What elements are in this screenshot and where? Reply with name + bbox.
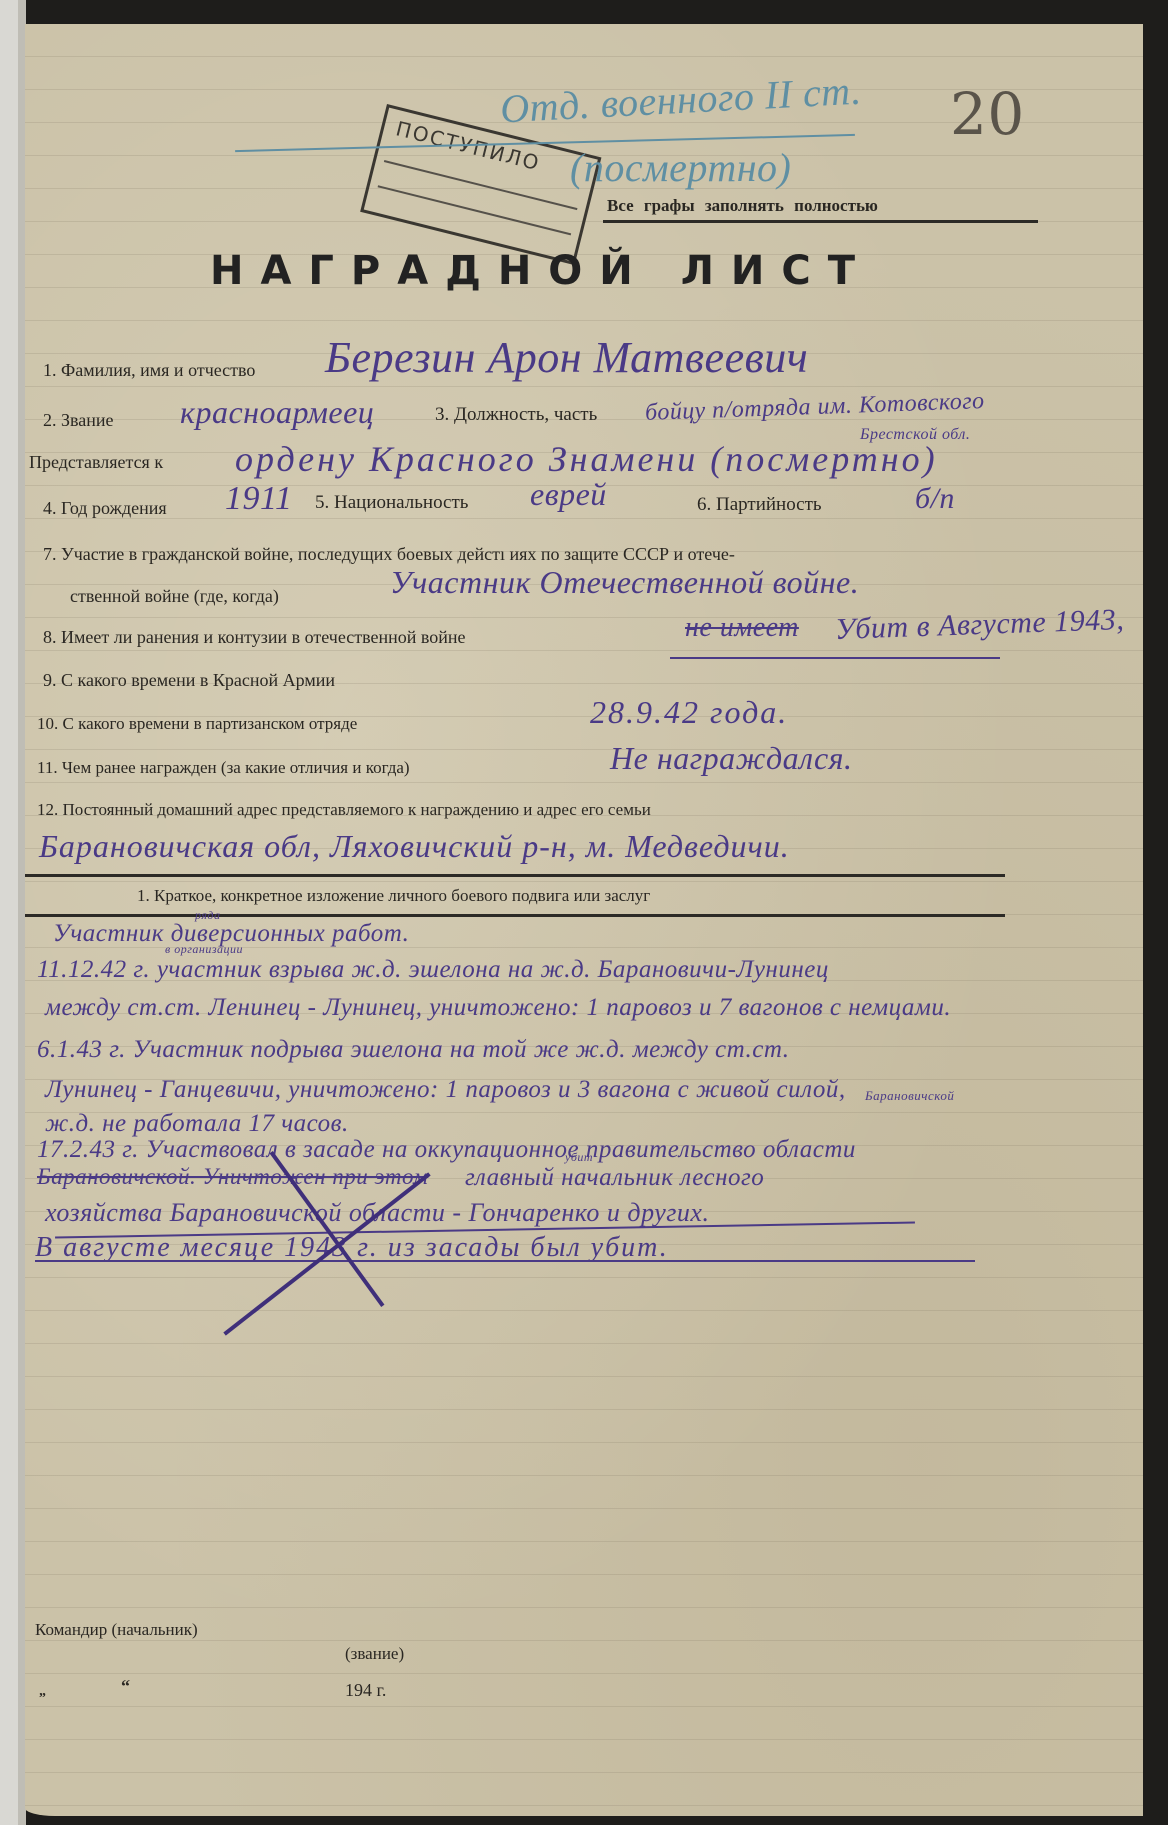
rank-label: (звание)	[345, 1644, 404, 1664]
field-10-value: 28.9.42 года.	[590, 694, 788, 731]
field-7-label-line2: ственной войне (где, когда)	[70, 586, 279, 607]
nominated-value: ордену Красного Знамени (посмертно)	[235, 438, 938, 480]
page-number: 20	[950, 80, 1025, 148]
field-7-label-line1: 7. Участие в гражданской войне, последущ…	[43, 544, 735, 565]
field-12-value: Барановичская обл, Ляховичский р-н, м. М…	[39, 828, 790, 865]
field-7-value: Участник Отечественной войне.	[390, 564, 859, 601]
field-3-value: бойцу п/отряда им. Котовского	[645, 388, 985, 427]
merit-line: 17.2.43 г. Участвовал в засаде на оккупа…	[37, 1136, 856, 1164]
field-4-value: 1911	[225, 480, 292, 518]
instruction-text: Все графы заполнять полностью	[607, 196, 878, 216]
field-10-label: 10. С какого времени в партизанском отря…	[37, 714, 357, 734]
field-3-label: 3. Должность, часть	[435, 404, 597, 426]
nominated-label: Представляется к	[29, 452, 163, 473]
section-divider-bottom	[25, 914, 1005, 917]
posthumous-annotation: (посмертно)	[570, 144, 791, 191]
field-5-value: еврей	[530, 476, 607, 513]
field-1-value: Березин Арон Матвеевич	[325, 332, 808, 383]
field-11-label: 11. Чем ранее награжден (за какие отличи…	[37, 758, 410, 778]
commander-label: Командир (начальник)	[35, 1620, 198, 1640]
merit-line-note: в организации	[165, 942, 243, 957]
merit-line: главный начальник лесного	[465, 1164, 764, 1192]
document-title: НАГРАДНОЙ ЛИСТ	[210, 248, 872, 294]
merit-line: между ст.ст. Ленинец - Лунинец, уничтоже…	[45, 994, 951, 1022]
field-8-label: 8. Имеет ли ранения и контузии в отечест…	[43, 627, 466, 648]
year-label: 194 г.	[345, 1680, 386, 1701]
merit-line: 11.12.42 г. участник взрыва ж.д. эшелона…	[37, 956, 829, 984]
field-5-label: 5. Национальность	[315, 492, 468, 514]
field-2-label: 2. Звание	[43, 410, 114, 431]
department-annotation: Отд. военного II ст.	[499, 67, 863, 133]
field-8-struck-value: не имеет	[685, 612, 799, 644]
field-4-label: 4. Год рождения	[43, 498, 167, 519]
date-close-quote: “	[121, 1676, 130, 1697]
merit-line-note: ряда	[195, 908, 221, 923]
field-9-label: 9. С какого времени в Красной Армии	[43, 670, 335, 691]
field-11-value: Не награждался.	[610, 740, 853, 777]
section-divider-top	[25, 874, 1005, 877]
field-12-label: 12. Постоянный домашний адрес представля…	[37, 800, 651, 820]
merit-line: ж.д. не работала 17 часов.	[45, 1110, 349, 1138]
field-8-value: Убит в Августе 1943,	[834, 603, 1124, 647]
section-1-heading: 1. Краткое, конкретное изложение личного…	[137, 886, 650, 906]
date-open-quote: „	[39, 1684, 46, 1700]
field-6-label: 6. Партийность	[697, 494, 822, 516]
field-2-value: красноармеец	[180, 394, 374, 431]
stamp-date-line-2	[378, 185, 572, 235]
strike-through-line-2	[35, 1260, 975, 1262]
merit-line-note: убит	[565, 1150, 593, 1165]
instruction-underline	[603, 220, 1038, 223]
merit-line-struck: Барановичской. Уничтожен при этом	[37, 1164, 428, 1190]
field-8-underline	[670, 657, 1000, 659]
field-1-label: 1. Фамилия, имя и отчество	[43, 360, 255, 381]
field-6-value: б/п	[915, 482, 955, 516]
award-sheet-page: ПОСТУПИЛО Отд. военного II ст. (посмертн…	[25, 24, 1143, 1816]
merit-line: Лунинец - Ганцевичи, уничтожено: 1 паров…	[45, 1076, 846, 1104]
merit-line: 6.1.43 г. Участник подрыва эшелона на то…	[37, 1036, 789, 1064]
stamp-date-line	[384, 160, 578, 210]
merit-line-note: Барановичской	[865, 1088, 954, 1104]
